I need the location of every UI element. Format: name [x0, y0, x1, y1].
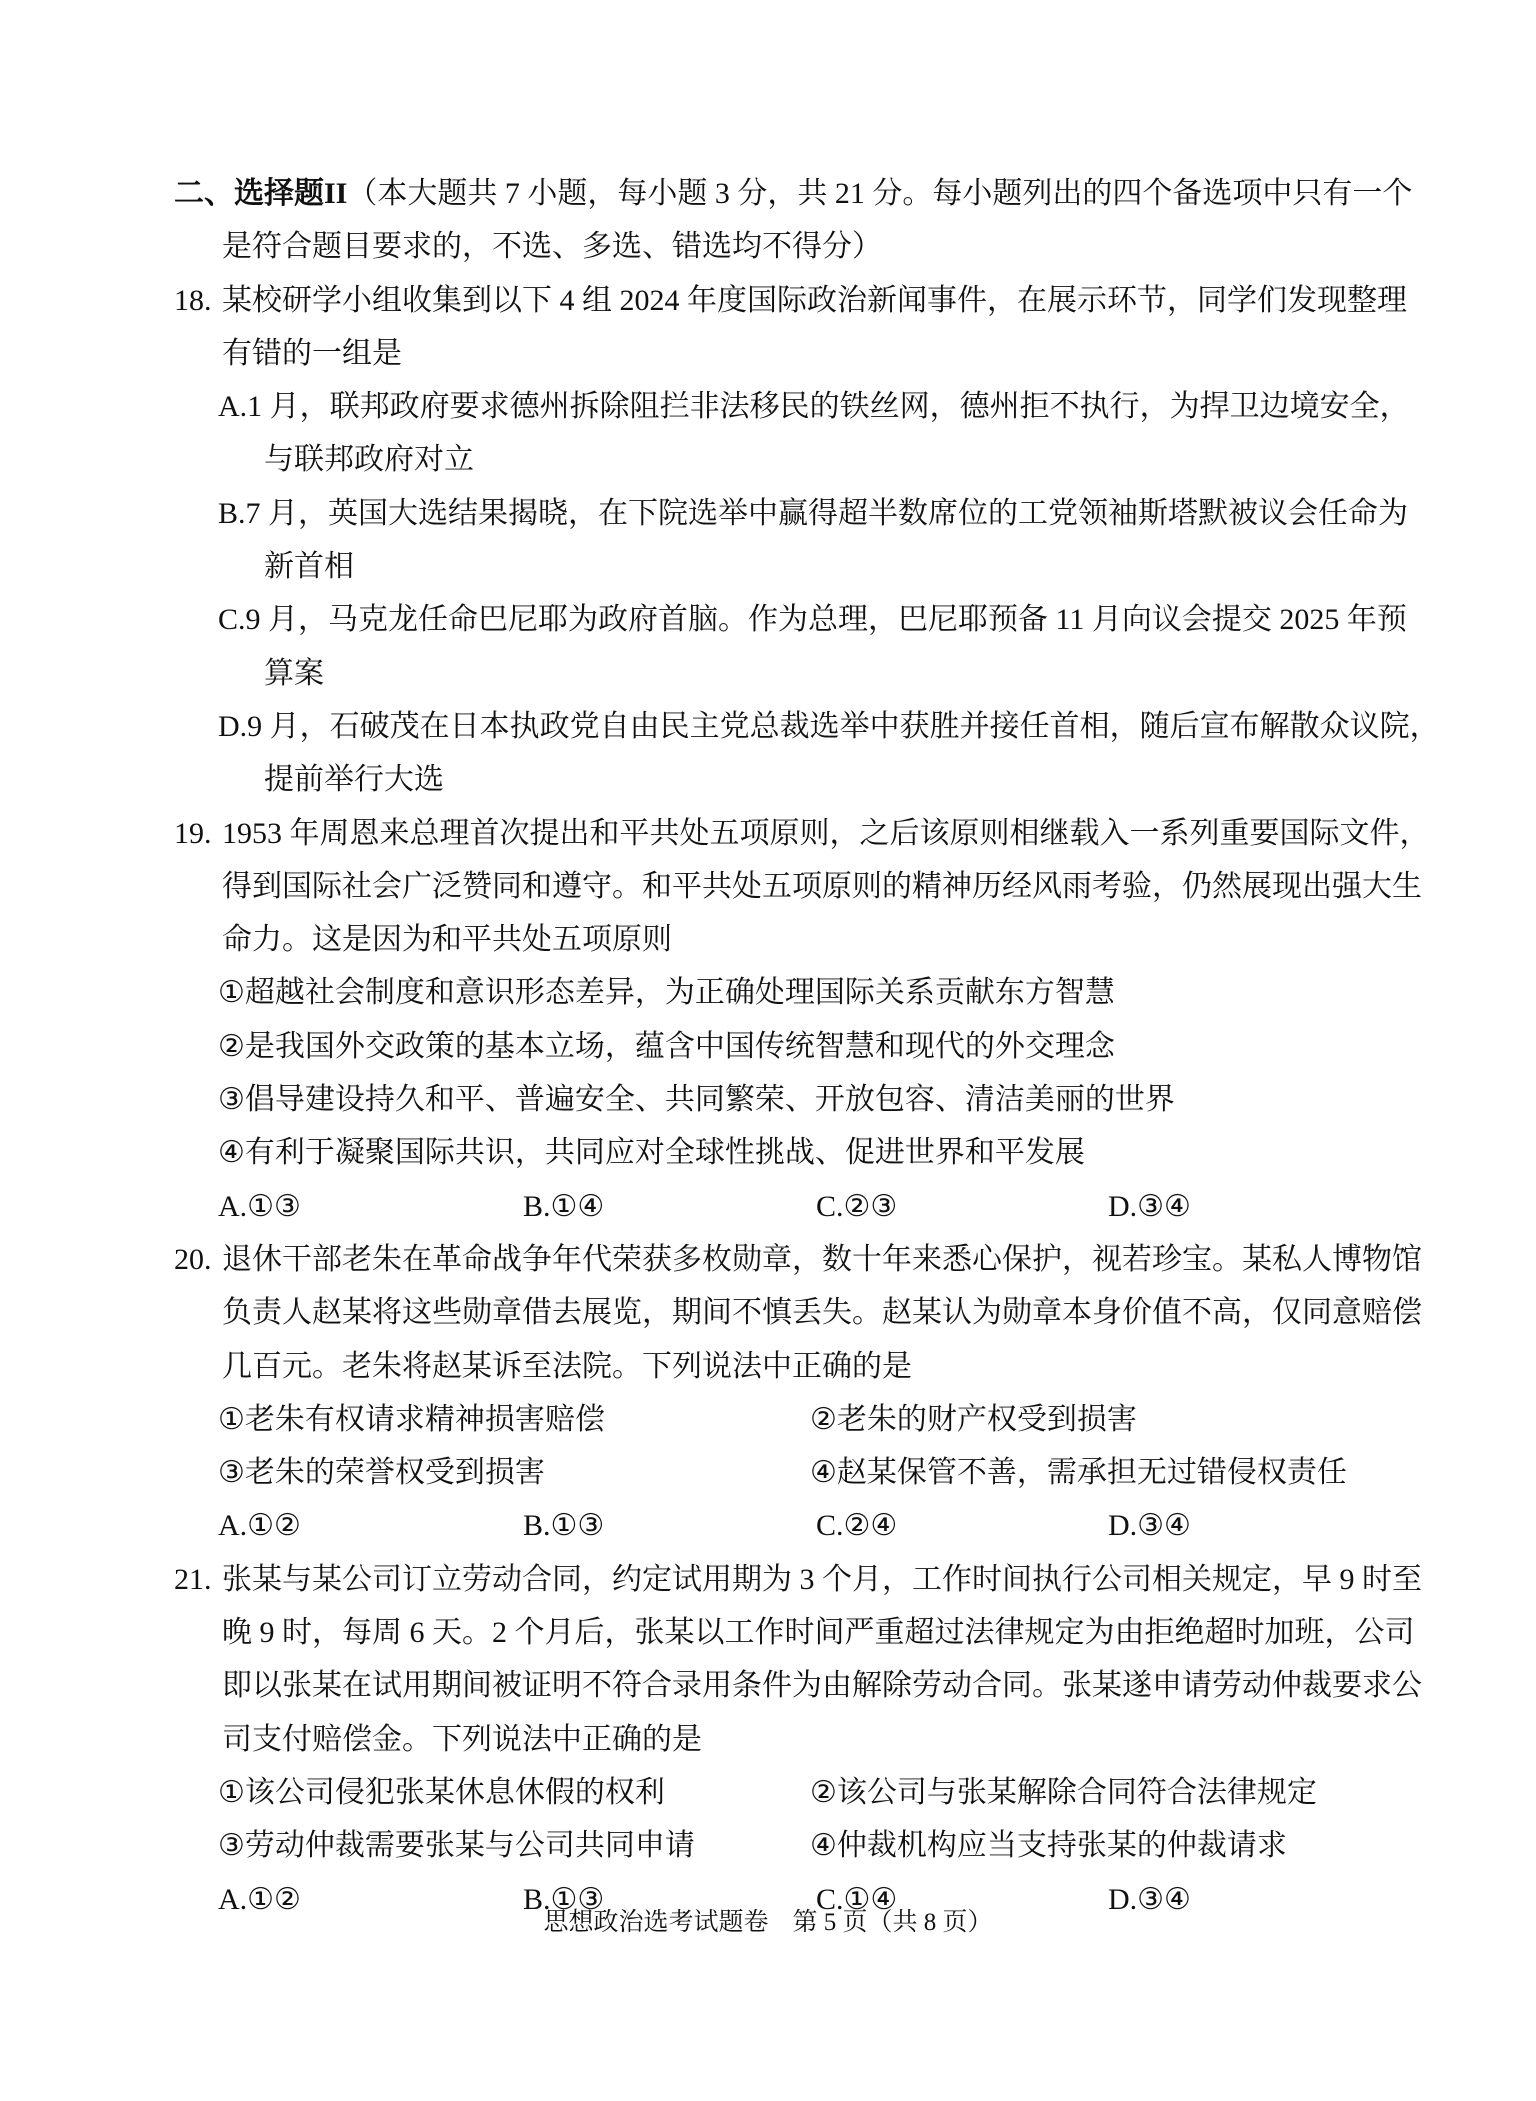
q21-number: 21.	[174, 1553, 222, 1606]
footer-page-number: 第 5 页（共 8 页）	[793, 1909, 993, 1936]
q18-option-c-line-2: 算案	[174, 647, 1424, 700]
q21-stem-line-3: 即以张某在试用期间被证明不符合录用条件为由解除劳动合同。张某遂申请劳动仲裁要求公	[174, 1659, 1424, 1712]
q20-choices-row: A.①② B.①③ C.②④ D.③④	[174, 1499, 1424, 1552]
q21-items-row-1: ①该公司侵犯张某休息休假的权利 ②该公司与张某解除合同符合法律规定	[174, 1766, 1424, 1819]
q20-choice-b: B.①③	[523, 1499, 604, 1552]
page-content: 二、选择题II（本大题共 7 小题，每小题 3 分，共 21 分。每小题列出的四…	[174, 167, 1424, 1926]
q18-option-a-line-1: A.1 月，联邦政府要求德州拆除阻拦非法移民的铁丝网，德州拒不执行，为捍卫边境安…	[174, 380, 1424, 433]
q18-option-d-line-2: 提前举行大选	[174, 753, 1424, 806]
q20-stem-line-1: 20.退休干部老朱在革命战争年代荣获多枚勋章，数十年来悉心保护，视若珍宝。某私人…	[174, 1233, 1424, 1286]
q20-item-2: ②老朱的财产权受到损害	[810, 1393, 1137, 1446]
q18-stem-line-2: 有错的一组是	[174, 327, 1424, 380]
q20-items-row-1: ①老朱有权请求精神损害赔偿 ②老朱的财产权受到损害	[174, 1393, 1424, 1446]
q19-item-3: ③倡导建设持久和平、普遍安全、共同繁荣、开放包容、清洁美丽的世界	[174, 1073, 1424, 1126]
q19-stem-line-3: 命力。这是因为和平共处五项原则	[174, 913, 1424, 966]
section-description-part-1: （本大题共 7 小题，每小题 3 分，共 21 分。每小题列出的四个备选项中只有…	[347, 177, 1412, 210]
q21-item-2: ②该公司与张某解除合同符合法律规定	[810, 1766, 1317, 1819]
q19-number: 19.	[174, 807, 222, 860]
section-title: 二、选择题II	[174, 177, 347, 210]
q20-stem-line-3: 几百元。老朱将赵某诉至法院。下列说法中正确的是	[174, 1340, 1424, 1393]
q19-choice-a: A.①③	[218, 1180, 301, 1233]
q19-choice-d: D.③④	[1108, 1180, 1191, 1233]
q19-stem-line-1: 19.1953 年周恩来总理首次提出和平共处五项原则，之后该原则相继载入一系列重…	[174, 807, 1424, 860]
q21-stem-text-1: 张某与某公司订立劳动合同，约定试用期为 3 个月，工作时间执行公司相关规定，早 …	[222, 1563, 1422, 1596]
q19-choices-row: A.①③ B.①④ C.②③ D.③④	[174, 1180, 1424, 1233]
q19-item-2: ②是我国外交政策的基本立场，蕴含中国传统智慧和现代的外交理念	[174, 1020, 1424, 1073]
q20-stem-line-2: 负责人赵某将这些勋章借去展览，期间不慎丢失。赵某认为勋章本身价值不高，仅同意赔偿	[174, 1286, 1424, 1339]
q20-choice-c: C.②④	[816, 1499, 897, 1552]
q21-stem-line-2: 晚 9 时，每周 6 天。2 个月后，张某以工作时间严重超过法律规定为由拒绝超时…	[174, 1606, 1424, 1659]
q19-choice-b: B.①④	[523, 1180, 604, 1233]
q20-choice-d: D.③④	[1108, 1499, 1191, 1552]
q18-option-a-line-2: 与联邦政府对立	[174, 433, 1424, 486]
q21-item-3: ③劳动仲裁需要张某与公司共同申请	[218, 1819, 695, 1872]
section-header-line-2: 是符合题目要求的，不选、多选、错选均不得分）	[174, 220, 1424, 273]
q18-option-d-line-1: D.9 月，石破茂在日本执政党自由民主党总裁选举中获胜并接任首相，随后宣布解散众…	[174, 700, 1424, 753]
q18-number: 18.	[174, 274, 222, 327]
q20-number: 20.	[174, 1233, 222, 1286]
exam-paper-page: 二、选择题II（本大题共 7 小题，每小题 3 分，共 21 分。每小题列出的四…	[0, 0, 1536, 2101]
q20-choice-a: A.①②	[218, 1499, 301, 1552]
q20-item-3: ③老朱的荣誉权受到损害	[218, 1446, 545, 1499]
q21-stem-line-1: 21.张某与某公司订立劳动合同，约定试用期为 3 个月，工作时间执行公司相关规定…	[174, 1553, 1424, 1606]
q21-item-1: ①该公司侵犯张某休息休假的权利	[218, 1766, 665, 1819]
page-footer: 思想政治选考试题卷第 5 页（共 8 页）	[0, 1903, 1536, 1943]
q21-items-row-2: ③劳动仲裁需要张某与公司共同申请 ④仲裁机构应当支持张某的仲裁请求	[174, 1819, 1424, 1872]
footer-paper-title: 思想政治选考试题卷	[543, 1909, 768, 1936]
q21-item-4: ④仲裁机构应当支持张某的仲裁请求	[810, 1819, 1287, 1872]
q19-choice-c: C.②③	[816, 1180, 897, 1233]
q18-stem-text-1: 某校研学小组收集到以下 4 组 2024 年度国际政治新闻事件，在展示环节，同学…	[222, 284, 1407, 317]
q20-item-4: ④赵某保管不善，需承担无过错侵权责任	[810, 1446, 1347, 1499]
q21-stem-line-4: 司支付赔偿金。下列说法中正确的是	[174, 1713, 1424, 1766]
q18-option-b-line-1: B.7 月，英国大选结果揭晓，在下院选举中赢得超半数席位的工党领袖斯塔默被议会任…	[174, 487, 1424, 540]
q20-item-1: ①老朱有权请求精神损害赔偿	[218, 1393, 605, 1446]
q19-stem-text-1: 1953 年周恩来总理首次提出和平共处五项原则，之后该原则相继载入一系列重要国际…	[222, 817, 1430, 850]
q18-option-c-line-1: C.9 月，马克龙任命巴尼耶为政府首脑。作为总理，巴尼耶预备 11 月向议会提交…	[174, 593, 1424, 646]
q18-option-b-line-2: 新首相	[174, 540, 1424, 593]
section-header-line-1: 二、选择题II（本大题共 7 小题，每小题 3 分，共 21 分。每小题列出的四…	[174, 167, 1424, 220]
q19-item-1: ①超越社会制度和意识形态差异，为正确处理国际关系贡献东方智慧	[174, 966, 1424, 1019]
q19-stem-line-2: 得到国际社会广泛赞同和遵守。和平共处五项原则的精神历经风雨考验，仍然展现出强大生	[174, 860, 1424, 913]
q19-item-4: ④有利于凝聚国际共识，共同应对全球性挑战、促进世界和平发展	[174, 1126, 1424, 1179]
q20-items-row-2: ③老朱的荣誉权受到损害 ④赵某保管不善，需承担无过错侵权责任	[174, 1446, 1424, 1499]
q18-stem-line-1: 18.某校研学小组收集到以下 4 组 2024 年度国际政治新闻事件，在展示环节…	[174, 274, 1424, 327]
q20-stem-text-1: 退休干部老朱在革命战争年代荣获多枚勋章，数十年来悉心保护，视若珍宝。某私人博物馆	[222, 1243, 1422, 1276]
